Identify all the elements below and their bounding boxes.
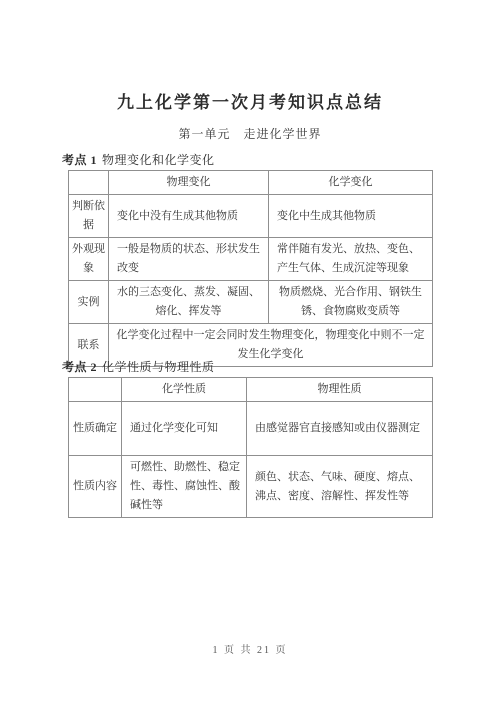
table-row: 实例 水的三态变化、蒸发、凝固、熔化、挥发等 物质燃烧、光合作用、钢铁生锈、食物…: [69, 281, 433, 324]
table1-corner-cell: [69, 171, 109, 195]
page-subtitle: 第一单元 走进化学世界: [0, 125, 500, 142]
table1-cell-appearance-physical: 一般是物质的状态、形状发生改变: [109, 238, 269, 281]
table-row: 性质内容 可燃性、助燃性、稳定性、毒性、腐蚀性、酸碱性等 颜色、状态、气味、硬度…: [69, 456, 433, 518]
table1-rowlabel-examples: 实例: [69, 281, 109, 324]
table2-corner-cell: [69, 378, 122, 402]
table-chemical-vs-physical-property: 化学性质 物理性质 性质确定 通过化学变化可知 由感觉器官直接感知或由仪器测定 …: [68, 377, 433, 518]
table2-cell-determination-physical: 由感觉器官直接感知或由仪器测定: [247, 402, 433, 456]
section1-heading: 考点 1物理变化和化学变化: [62, 151, 215, 168]
table1-header-physical: 物理变化: [109, 171, 269, 195]
table2-rowlabel-determination: 性质确定: [69, 402, 122, 456]
table2-cell-content-physical: 颜色、状态、气味、硬度、熔点、沸点、密度、溶解性、挥发性等: [247, 456, 433, 518]
section1-heading-label: 考点 1: [62, 153, 97, 167]
table-row: 性质确定 通过化学变化可知 由感觉器官直接感知或由仪器测定: [69, 402, 433, 456]
table1-rowlabel-appearance: 外观现象: [69, 238, 109, 281]
page-number-footer: 1 页 共 21 页: [0, 641, 500, 656]
table2-cell-content-chemical: 可燃性、助燃性、稳定性、毒性、腐蚀性、酸碱性等: [122, 456, 247, 518]
table1-cell-appearance-chemical: 常伴随有发光、放热、变色、产生气体、生成沉淀等现象: [269, 238, 433, 281]
section2-heading: 考点 2化学性质与物理性质: [62, 358, 215, 375]
table1-cell-basis-physical: 变化中没有生成其他物质: [109, 195, 269, 238]
table-row: 外观现象 一般是物质的状态、形状发生改变 常伴随有发光、放热、变色、产生气体、生…: [69, 238, 433, 281]
table1-rowlabel-basis: 判断依据: [69, 195, 109, 238]
table2-rowlabel-content: 性质内容: [69, 456, 122, 518]
table-row: 判断依据 变化中没有生成其他物质 变化中生成其他物质: [69, 195, 433, 238]
table1-header-chemical: 化学变化: [269, 171, 433, 195]
table2-cell-determination-chemical: 通过化学变化可知: [122, 402, 247, 456]
table1-cell-basis-chemical: 变化中生成其他物质: [269, 195, 433, 238]
section1-heading-text: 物理变化和化学变化: [102, 153, 215, 167]
document-page: 九上化学第一次月考知识点总结 第一单元 走进化学世界 考点 1物理变化和化学变化…: [0, 0, 500, 707]
table2-header-chemical: 化学性质: [122, 378, 247, 402]
table-row: 物理变化 化学变化: [69, 171, 433, 195]
table1-cell-examples-chemical: 物质燃烧、光合作用、钢铁生锈、食物腐败变质等: [269, 281, 433, 324]
section2-heading-label: 考点 2: [62, 360, 97, 374]
table2-header-physical: 物理性质: [247, 378, 433, 402]
table1-cell-examples-physical: 水的三态变化、蒸发、凝固、熔化、挥发等: [109, 281, 269, 324]
table-physical-vs-chemical-change: 物理变化 化学变化 判断依据 变化中没有生成其他物质 变化中生成其他物质 外观现…: [68, 170, 433, 367]
table-row: 化学性质 物理性质: [69, 378, 433, 402]
section2-heading-text: 化学性质与物理性质: [102, 360, 215, 374]
page-title: 九上化学第一次月考知识点总结: [0, 88, 500, 113]
